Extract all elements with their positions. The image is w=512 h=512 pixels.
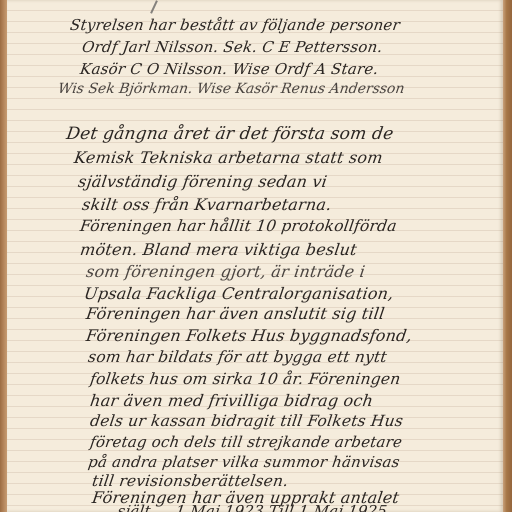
- text-line: dels ur kassan bidragit till Folkets Hus: [89, 412, 404, 430]
- text-line: Ordf Jarl Nilsson. Sek. C E Pettersson.: [81, 38, 384, 56]
- cork-board-left-edge: [0, 0, 7, 512]
- text-line: Styrelsen har bestått av följande person…: [69, 16, 401, 34]
- text-line: Föreningen Folkets Hus byggnadsfond,: [85, 326, 413, 345]
- text-line: företag och dels till strejkande arbetar…: [89, 433, 403, 451]
- text-line: på andra platser vilka summor hänvisas: [87, 453, 401, 471]
- handwritten-page: Styrelsen har bestått av följande person…: [7, 0, 503, 512]
- text-line: Föreningen har hållit 10 protokollförda: [79, 217, 398, 235]
- text-line: Föreningen har även anslutit sig till: [85, 304, 386, 323]
- text-line: skilt oss från Kvarnarbetarna.: [81, 195, 333, 214]
- cork-board-right-edge: [503, 0, 512, 512]
- ink-stroke-top: [150, 0, 158, 14]
- text-line: Upsala Fackliga Centralorganisation,: [83, 284, 395, 303]
- text-line: Kasör C O Nilsson. Wise Ordf A Stare.: [79, 60, 380, 78]
- text-line: möten. Bland mera viktiga beslut: [79, 240, 358, 259]
- text-line: som föreningen gjort, är inträde i: [85, 262, 366, 281]
- text-line: har även med frivilliga bidrag och: [89, 391, 375, 410]
- text-line: självständig förening sedan vi: [77, 172, 328, 191]
- text-line: Wis Sek Björkman. Wise Kasör Renus Ander…: [57, 81, 406, 97]
- text-line: Kemisk Tekniska arbetarna statt som: [73, 148, 384, 167]
- text-line: som har bildats för att bygga ett nytt: [87, 348, 388, 366]
- text-line: Det gångna året är det första som de: [65, 124, 395, 144]
- text-line: folkets hus om sirka 10 år. Föreningen: [89, 370, 402, 388]
- text-line-cut-off: ... själt ... 1 Maj 1923 Till 1 Maj 1925: [97, 502, 388, 512]
